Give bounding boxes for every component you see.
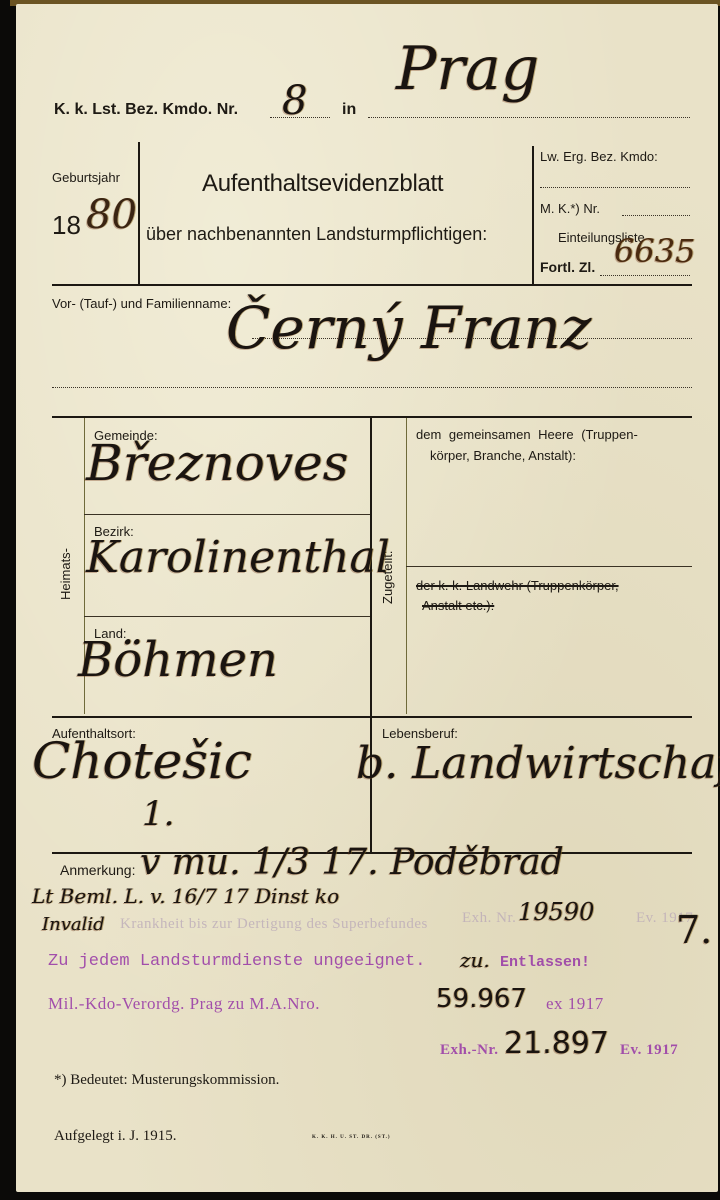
margin-mark-handwritten: 7. (676, 908, 712, 952)
birth-prefix: 18 (52, 210, 81, 241)
name-line-2 (52, 387, 692, 388)
form-title: Aufenthaltsevidenzblatt (202, 170, 443, 198)
unfit-stamp: Zu jedem Landsturmdienste ungeeignet. (48, 952, 425, 971)
verordg-year: ex 1917 (546, 994, 604, 1014)
faint-exh-number-handwritten: 19590 (518, 898, 594, 926)
city-handwritten: Prag (396, 34, 539, 104)
lw-line (540, 187, 690, 188)
verordg-number-handwritten: 59.967 (436, 984, 527, 1014)
unfit-handwritten: zu. (460, 948, 490, 972)
zugeteilt-rule (406, 566, 692, 567)
land-handwritten: Böhmen (78, 632, 278, 688)
mk-line (622, 215, 690, 216)
faint-stamp-text: Krankheit bis zur Dertigung des Superbef… (120, 916, 428, 933)
mk-label: M. K.*) Nr. (540, 201, 600, 216)
bezirk-rule (84, 616, 370, 617)
landwehr-text-2: Anstalt etc.): (422, 598, 494, 613)
issued-year: Aufgelegt i. J. 1915. (54, 1128, 176, 1145)
beruf-handwritten: b. Landwirtschaft (356, 738, 720, 789)
name-handwritten: Černý Franz (226, 294, 591, 362)
footnote: *) Bedeutet: Musterungskommission. (54, 1072, 279, 1089)
birth-divider (138, 142, 140, 284)
kmdo-label: K. k. Lst. Bez. Kmdo. Nr. (54, 101, 238, 119)
rule-under-title (52, 284, 692, 286)
anmerkung-label: Anmerkung: (60, 862, 135, 878)
anmerkung-line-1: v mu. 1/3 17. Poděbrad (140, 842, 564, 883)
landwehr-text-1: der k. k. Landwehr (Truppenkörper, (416, 578, 619, 593)
evidence-sheet: K. k. Lst. Bez. Kmdo. Nr. 8 in Prag Gebu… (16, 4, 718, 1192)
heer-text-2: körper, Branche, Anstalt): (430, 448, 576, 463)
fortl-handwritten: 6635 (614, 232, 695, 270)
printer-mark: K. K. H. U. ST. DR. (ST.) (312, 1135, 391, 1140)
anmerkung-line-3: Invalid (42, 914, 105, 935)
city-line (368, 117, 690, 118)
in-label: in (342, 101, 356, 119)
gemeinde-handwritten: Březnoves (86, 434, 348, 492)
right-box-divider (532, 146, 534, 284)
kmdo-number-handwritten: 8 (282, 78, 307, 124)
name-label: Vor- (Tauf-) und Familienname: (52, 296, 231, 311)
fortl-line (600, 275, 690, 276)
verordg-stamp: Mil.-Kdo-Verordg. Prag zu M.A.Nro. (48, 994, 320, 1014)
anmerkung-line-2: Lt Beml. L. v. 16/7 17 Dinst ko (32, 884, 339, 908)
entlassen-stamp: Entlassen! (500, 954, 590, 971)
lw-label: Lw. Erg. Bez. Kmdo: (540, 149, 658, 164)
exh-number-handwritten: 21.897 (504, 1026, 609, 1061)
heer-text-1: dem gemeinsamen Heere (Truppen- (416, 427, 638, 442)
heimat-side-label: Heimats- (58, 548, 73, 600)
faint-exh-label: Exh. Nr. (462, 910, 516, 927)
form-subtitle: über nachbenannten Landsturmpflichtigen: (146, 224, 487, 245)
rule-above-aufenthalt (52, 716, 692, 718)
gemeinde-rule (84, 514, 370, 515)
exh-stamp-year: Ev. 1917 (620, 1042, 678, 1059)
birth-label: Geburtsjahr (52, 170, 120, 185)
exh-stamp-label: Exh.-Nr. (440, 1042, 498, 1059)
bezirk-handwritten: Karolinenthal (86, 532, 390, 583)
aufenthalt-number-handwritten: 1. (142, 794, 174, 834)
birth-year-handwritten: 80 (86, 192, 137, 238)
rule-under-name (52, 416, 692, 418)
aufenthalt-handwritten: Chotešic (32, 732, 252, 790)
fortl-label: Fortl. Zl. (540, 259, 595, 275)
